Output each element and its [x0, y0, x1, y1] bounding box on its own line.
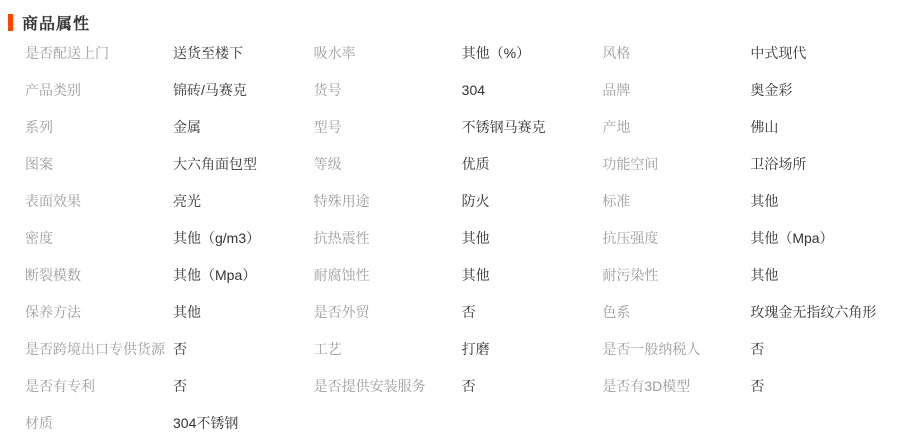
attribute-value: 304不锈钢	[173, 413, 238, 433]
attribute-label: 系列	[25, 117, 173, 137]
attribute-label: 功能空间	[602, 154, 750, 174]
attribute-label: 耐腐蚀性	[314, 265, 462, 285]
attributes-grid: 是否配送上门送货至楼下吸水率其他（%）风格中式现代产品类别锦砖/马赛克货号304…	[25, 34, 891, 439]
attribute-label: 是否提供安装服务	[314, 376, 462, 396]
attribute-value: 否	[173, 339, 187, 359]
attribute-label: 材质	[25, 413, 173, 433]
attribute-label: 等级	[314, 154, 462, 174]
attribute-value: 其他（Mpa）	[750, 228, 833, 248]
attribute-value: 其他	[750, 191, 778, 211]
attribute-value: 其他	[462, 265, 490, 285]
attribute-value: 否	[462, 376, 476, 396]
section-header: 商品属性	[8, 12, 899, 32]
attribute-cell: 等级优质	[314, 145, 603, 182]
attribute-value: 其他（g/m3）	[173, 228, 260, 248]
attribute-label: 货号	[314, 80, 462, 100]
page-title: 商品属性	[22, 11, 90, 34]
attribute-cell: 耐污染性其他	[602, 256, 891, 293]
attribute-label: 图案	[25, 154, 173, 174]
attribute-label: 风格	[602, 43, 750, 63]
attribute-label: 是否一般纳税人	[602, 339, 750, 359]
attribute-label: 产地	[602, 117, 750, 137]
attribute-label: 标准	[602, 191, 750, 211]
attribute-label: 表面效果	[25, 191, 173, 211]
attribute-cell: 抗压强度其他（Mpa）	[602, 219, 891, 256]
attribute-cell: 是否提供安装服务否	[314, 367, 603, 404]
title-accent-bar	[8, 14, 13, 31]
attribute-value: 奥金彩	[750, 80, 792, 100]
attribute-cell: 品牌奥金彩	[602, 71, 891, 108]
attribute-cell: 风格中式现代	[602, 34, 891, 71]
attribute-cell: 型号不锈钢马赛克	[314, 108, 603, 145]
attribute-cell: 产品类别锦砖/马赛克	[25, 71, 314, 108]
attribute-value: 其他（%）	[462, 43, 530, 63]
attribute-label: 品牌	[602, 80, 750, 100]
attribute-label: 保养方法	[25, 302, 173, 322]
attribute-label: 是否有专利	[25, 376, 173, 396]
attribute-label: 是否配送上门	[25, 43, 173, 63]
attribute-value: 其他（Mpa）	[173, 265, 256, 285]
attribute-label: 工艺	[314, 339, 462, 359]
attribute-value: 其他	[173, 302, 201, 322]
attribute-cell: 货号304	[314, 71, 603, 108]
attribute-label: 耐污染性	[602, 265, 750, 285]
attribute-value: 亮光	[173, 191, 201, 211]
attribute-value: 锦砖/马赛克	[173, 80, 247, 100]
attribute-label: 抗热震性	[314, 228, 462, 248]
attribute-value: 佛山	[750, 117, 778, 137]
attribute-label: 特殊用途	[314, 191, 462, 211]
attribute-value: 大六角面包型	[173, 154, 257, 174]
attribute-value: 金属	[173, 117, 201, 137]
attribute-cell: 产地佛山	[602, 108, 891, 145]
attribute-cell: 是否有3D模型否	[602, 367, 891, 404]
attribute-value: 其他	[750, 265, 778, 285]
attribute-cell: 系列金属	[25, 108, 314, 145]
attribute-cell: 是否外贸否	[314, 293, 603, 330]
attribute-label: 断裂模数	[25, 265, 173, 285]
attribute-value: 卫浴场所	[750, 154, 806, 174]
attribute-cell: 断裂模数其他（Mpa）	[25, 256, 314, 293]
attribute-value: 否	[750, 339, 764, 359]
attribute-label: 产品类别	[25, 80, 173, 100]
attribute-label: 型号	[314, 117, 462, 137]
attribute-value: 否	[462, 302, 476, 322]
attribute-value: 其他	[462, 228, 490, 248]
attribute-cell: 耐腐蚀性其他	[314, 256, 603, 293]
attribute-value: 送货至楼下	[173, 43, 243, 63]
attribute-label: 密度	[25, 228, 173, 248]
attribute-label: 是否外贸	[314, 302, 462, 322]
attribute-cell: 标准其他	[602, 182, 891, 219]
attribute-cell: 抗热震性其他	[314, 219, 603, 256]
attribute-value: 不锈钢马赛克	[462, 117, 546, 137]
attribute-cell: 特殊用途防火	[314, 182, 603, 219]
attribute-value: 中式现代	[750, 43, 806, 63]
attribute-cell: 密度其他（g/m3）	[25, 219, 314, 256]
attribute-value: 玫瑰金无指纹六角形	[750, 302, 876, 322]
attribute-cell: 吸水率其他（%）	[314, 34, 603, 71]
attribute-cell: 是否有专利否	[25, 367, 314, 404]
attribute-cell: 材质304不锈钢	[25, 404, 314, 439]
attribute-label: 是否跨境出口专供货源	[25, 339, 173, 359]
attribute-cell: 表面效果亮光	[25, 182, 314, 219]
attribute-value: 优质	[462, 154, 490, 174]
attribute-value: 否	[173, 376, 187, 396]
attribute-cell: 色系玫瑰金无指纹六角形	[602, 293, 891, 330]
attribute-cell: 是否配送上门送货至楼下	[25, 34, 314, 71]
attribute-cell: 功能空间卫浴场所	[602, 145, 891, 182]
attribute-label: 抗压强度	[602, 228, 750, 248]
attribute-value: 防火	[462, 191, 490, 211]
attribute-cell: 是否跨境出口专供货源否	[25, 330, 314, 367]
attribute-value: 否	[750, 376, 764, 396]
attribute-cell: 工艺打磨	[314, 330, 603, 367]
attribute-label: 吸水率	[314, 43, 462, 63]
attribute-value: 304	[462, 82, 485, 98]
attribute-label: 是否有3D模型	[602, 376, 750, 396]
attribute-value: 打磨	[462, 339, 490, 359]
attribute-cell: 保养方法其他	[25, 293, 314, 330]
attribute-label: 色系	[602, 302, 750, 322]
attribute-cell: 是否一般纳税人否	[602, 330, 891, 367]
attribute-cell: 图案大六角面包型	[25, 145, 314, 182]
